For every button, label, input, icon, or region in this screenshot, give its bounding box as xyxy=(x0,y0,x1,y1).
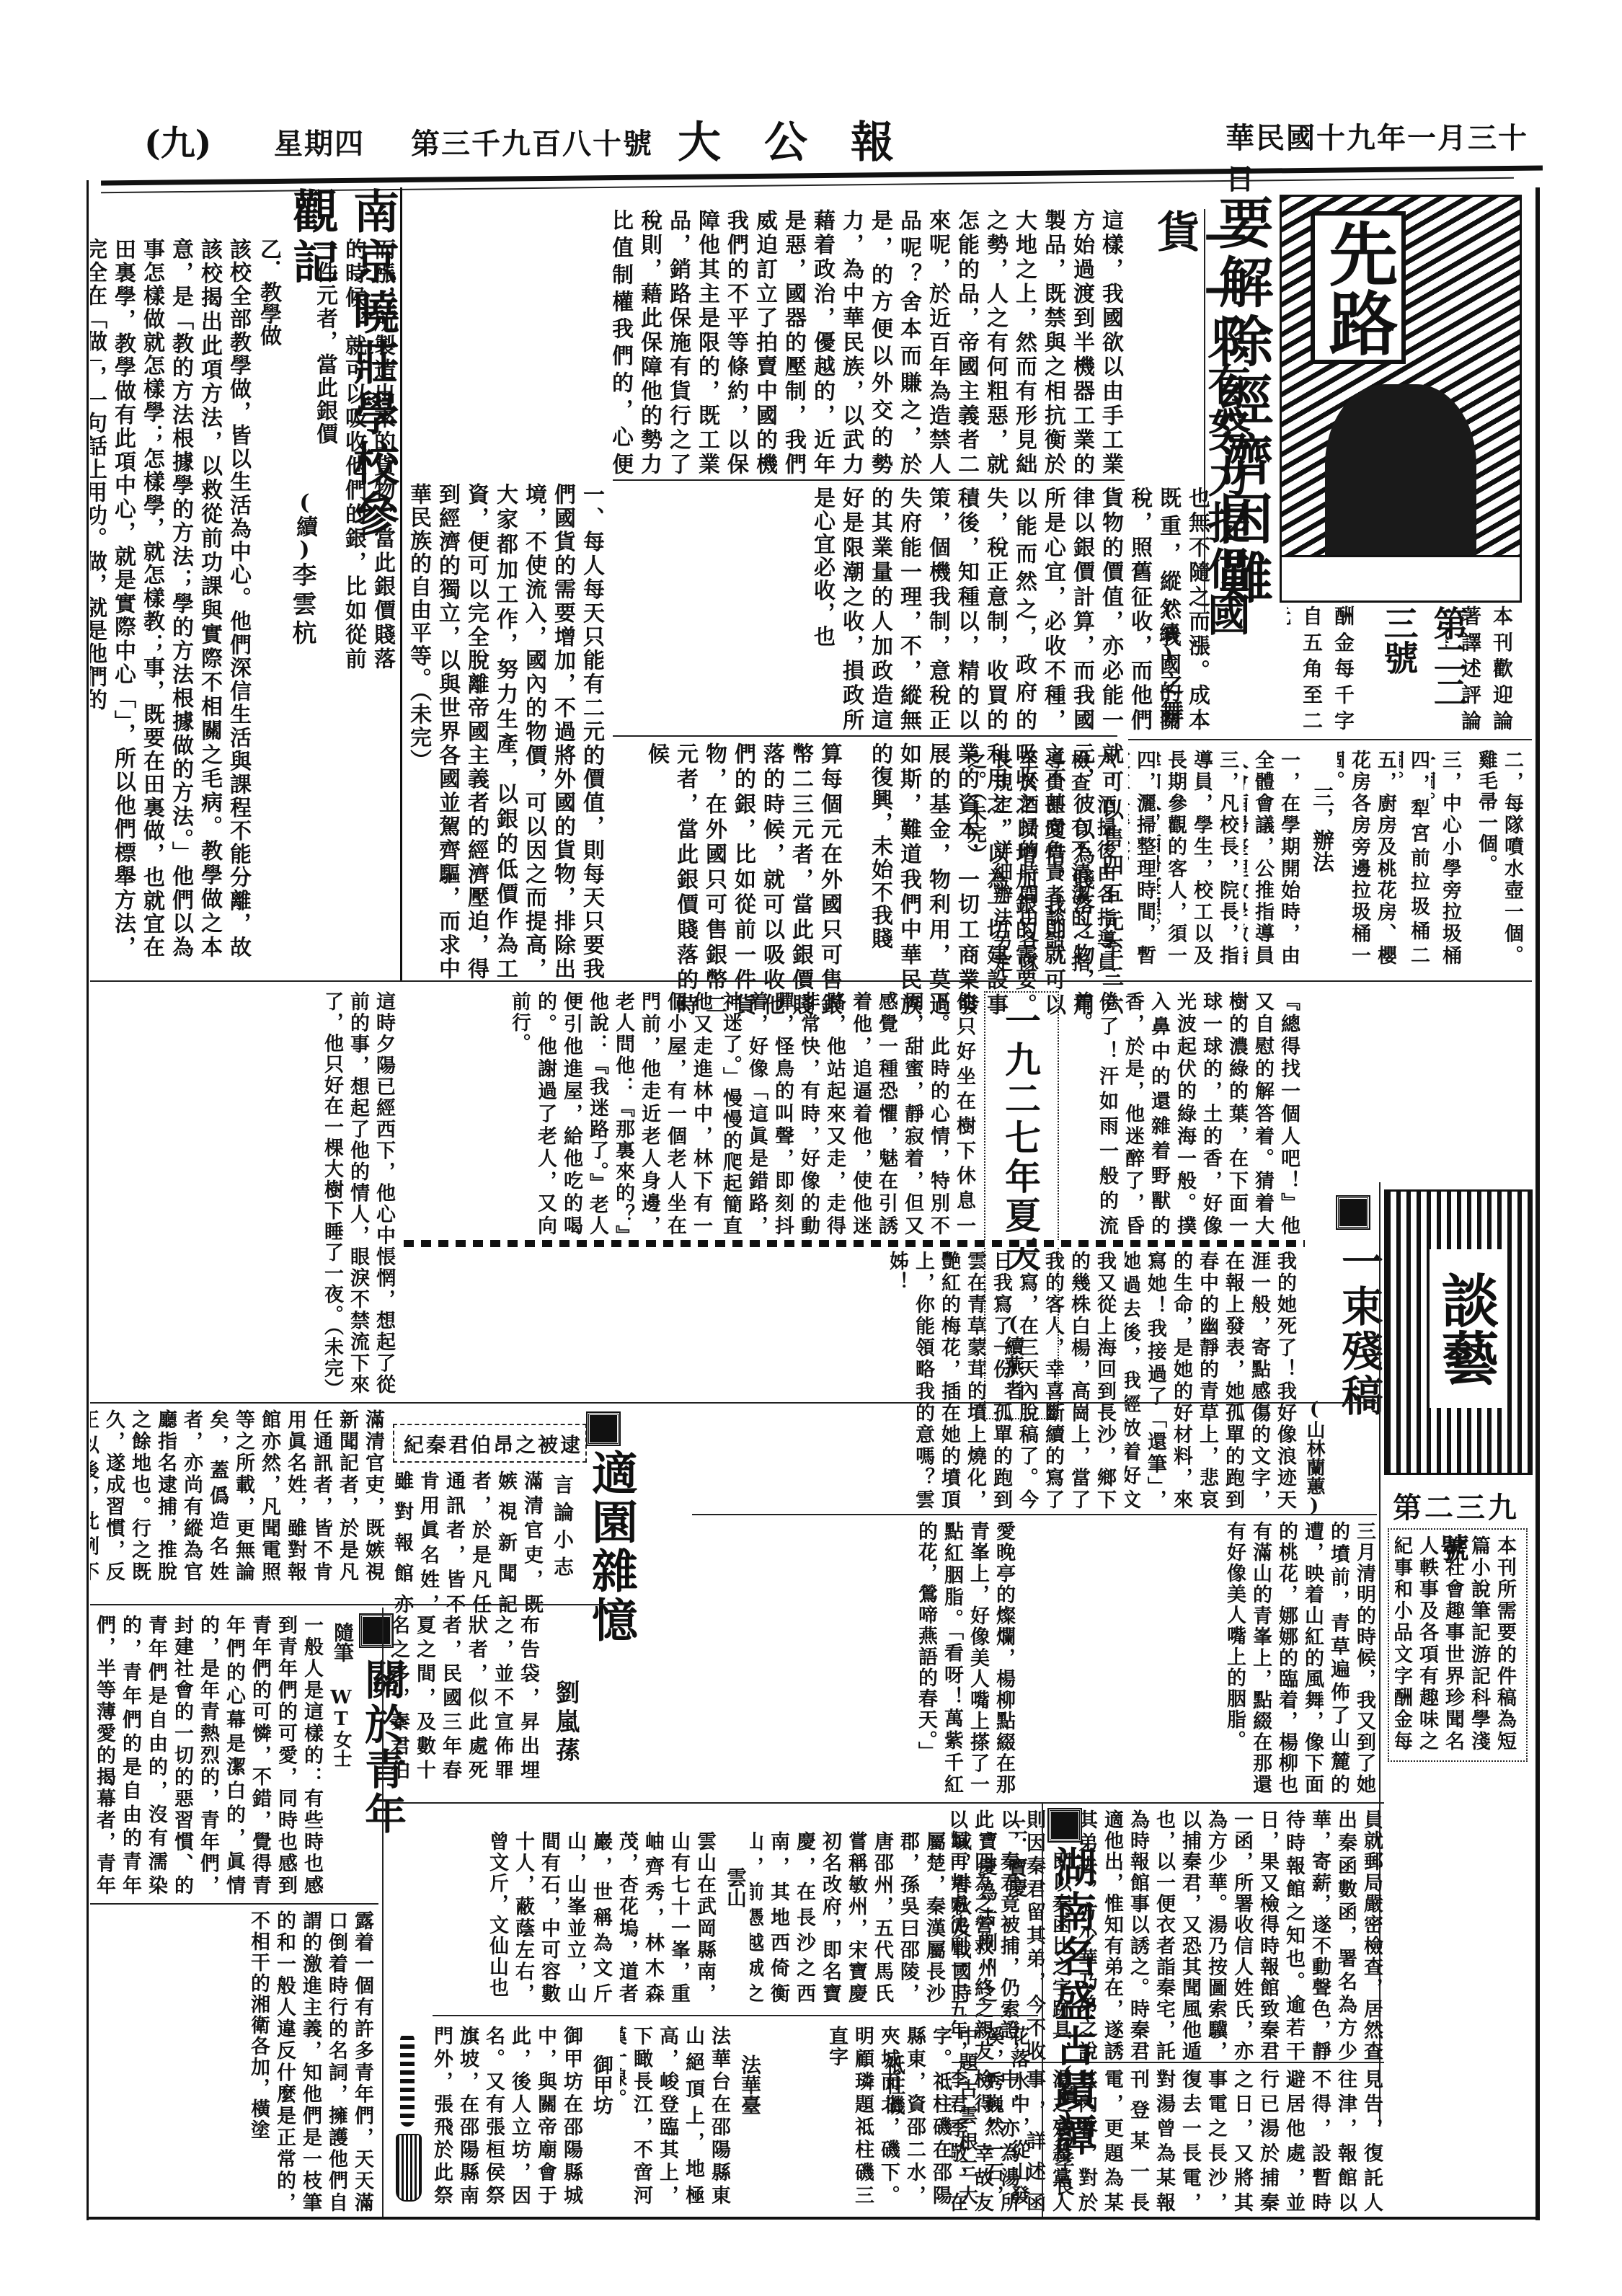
fragments-body-1: 我的她死了！我好像浪迹天涯一般，寄點感傷的文字，在報上發表，她孤單的跑到春中的幽… xyxy=(1125,1251,1298,1510)
equipment-item: 三，中心小學旁拉圾桶一個。 xyxy=(1431,750,1463,966)
fragments-body-2: 我又從上海回到長沙，鄉下的幾株白楊，高崗上，當了我的客人，幸喜斷續的寫了又寫，在… xyxy=(721,1251,1117,1510)
equipment-item: 四，犁宮前拉圾桶二個。 xyxy=(1399,750,1431,966)
qin-section: 言論小志 xyxy=(548,1474,577,1584)
hunan-entry-text: 寶慶為古荆州之域，春秋及戰國時屬楚，秦漢屬長沙郡，孫吳曰邵陵，唐邵州，五代馬氏嘗… xyxy=(750,1831,998,2004)
xiaozhuang-body-1: 該校全部教學做，皆以生活為中心。他們深信生活與課程不能分離，故該校揭出此項方法，… xyxy=(90,238,252,959)
xiaozhuang-section: 乙．教學做 xyxy=(252,238,284,346)
equipment-item: 二，每隊噴水壺一個。雞毛帚一個。 xyxy=(1467,750,1525,966)
economy-body-4: 算每個元在外國只可售銀幣二三元者，當此銀價賤落的時候，就可以吸收他們的銀，比如從… xyxy=(613,743,843,1016)
section-mark-icon xyxy=(360,1615,392,1646)
fragments-author-note: (山林蘭蕙) xyxy=(1301,1399,1328,1517)
qin-body-1b: 滿清官吏，既嫉視新聞記者，於是凡任通訊者，皆不肯用眞名姓，雖對報館亦然，凡聞電照… xyxy=(393,1471,544,1615)
xiaozhuang-ending: 六，酒掃後由各指導員檢查，有不清潔的，指導員即向負責者談話，至於酒掃的時間由各隊… xyxy=(894,750,1117,973)
hunan-cont-mark: (續) xyxy=(1052,2062,1081,2129)
road-ahead-title: 先路 xyxy=(1311,211,1406,364)
cleaning-rules: 二，每隊噴水壺一個。雞毛帚一個。 三，中心小學旁拉圾桶一個。 四，犁宮前拉圾桶二… xyxy=(1128,750,1532,973)
summer-body-3: 他又走進林中，林下有一個小屋，有一個老人坐在門前，他走近老人身邊，老人問他：『那… xyxy=(404,991,714,1236)
hunan-entries: 二．寶慶 寶慶為古荆州之域，春秋及戰國時屬楚，秦漢屬長沙郡，孫吳曰邵陵，唐邵州，… xyxy=(433,1809,1038,2213)
hunan-entry-heading: 二．寶慶 xyxy=(1002,1817,1031,1897)
hunan-entry-text: 雲山在武岡縣南，山有七十一峯，重岫齊秀，林木森茂，杏花塢，道者巖，世稱為文斤山，… xyxy=(433,1831,717,2004)
rules-heading: 三，辦法 xyxy=(1305,786,1337,872)
section-mark-icon xyxy=(1337,1197,1369,1228)
vase-ornament-icon xyxy=(393,2033,422,2199)
summer-body-2: 他只好坐在樹下休息一下。此時的心情，特別不同，甜蜜，靜寂着，但又感覺一種恐懼，魅… xyxy=(721,991,977,1236)
qin-arrest-box-title: 紀秦君伯昂之被逮 xyxy=(404,1430,582,1458)
talk-art-woodcut: 談藝 xyxy=(1384,1189,1533,1475)
xiaozhuang-cont-mark: (續) xyxy=(288,490,320,562)
xiaozhuang-author: 李雲杭 xyxy=(285,562,320,649)
fragments-body-4: 愛晚亭的燦爛，楊柳點綴在那青峯上，好像美人嘴上搽了一點紅胭脂。「看呀！萬紫千紅的… xyxy=(692,1521,1016,1795)
road-ahead-woodcut: 先路 xyxy=(1280,195,1522,603)
page-number: (九) xyxy=(144,115,211,165)
section-mark-icon xyxy=(1049,1809,1081,1841)
hunan-author: 易孝良 xyxy=(1049,2127,1078,2200)
youth-author: WT女士 xyxy=(328,1687,355,1768)
ornament-divider xyxy=(404,1240,1305,1247)
qin-body-1: 滿清官吏，既嫉視新聞記者，於是凡任通訊者，皆不肯用眞名姓，雖對報館亦然，凡聞電照… xyxy=(90,1409,386,1582)
hunan-entry-heading: 雲山 xyxy=(721,1867,750,1907)
qin-author: 劉嵐蓀 xyxy=(548,1680,583,1766)
road-ahead-notice: 本刊歡迎論著譯述評論文藝 第二二三號 酬金每千字自五角至二元 xyxy=(1280,606,1525,735)
masthead: (九) 星期四 第三千九百八十號 大公報 華民國十九年一月三十日 xyxy=(87,108,1543,166)
xiaozhuang-body-2: 而漲，所製造出來的貨物，當此銀價賤落的時候，就可以吸收他們的銀，比如從前一件元者… xyxy=(317,238,396,670)
talk-art-title: 談藝 xyxy=(1430,1249,1502,1408)
hunan-entry-heading: 法華臺 xyxy=(735,2055,764,2115)
youth-body-2: 露着一個有許多青年們，天天滿口倒着時行的名詞，擁護他們自謂的激進主義，知他們是一… xyxy=(94,1910,375,2213)
hunan-entry-text: 花落水中，從山發溪，秀巍然一石，中題古雲根三大字。祗柱磯在邵陽縣東，資邵二水，夾… xyxy=(793,2026,1031,2206)
summer-body-4: 這時夕陽已經西下，他心中悵惘，想起了從前的事，想起了他的情人，眼淚不禁流下來了，… xyxy=(94,991,396,1395)
fragments-body-3: 三月清明的時候，我又到了她的墳前，青草遍佈了山麓的遭，映着山紅的風舞，像下面的桃… xyxy=(1024,1521,1377,1795)
date: 華民國十九年一月三十日 xyxy=(1226,115,1543,198)
youth-body-1: 一般人是這樣的：有些時也感到青年們的可愛，同時也感到青年們的可憐，不錯，覺得青年… xyxy=(94,1615,324,1896)
issue-number: 第三千九百八十號 xyxy=(411,121,653,162)
equipment-item: 五，廚房及桃花房、櫻花房各房旁邊拉圾桶一個。 xyxy=(1337,750,1398,966)
youth-column: 隨筆 xyxy=(328,1622,357,1662)
qin-column-title: 適園雜憶 xyxy=(585,1449,636,1687)
qin-body-2: 布告袋，昇出埋之，並不宣佈罪狀者，似此處死者，民國三年春夏之間，及數十名之多，秦… xyxy=(389,1615,541,1781)
talk-art-notice: 本刊所需要的件稿為短篇小說筆記游記科學淺說社會趣事世界珍聞名人軼事及各項有趣味之… xyxy=(1395,1535,1517,1752)
section-mark-icon xyxy=(588,1413,619,1445)
hunan-entry-text: 法華台在邵陽縣東山絕頂上，地極高，峻登臨其上，下瞰長江，不啻河漢一線。 xyxy=(620,2026,732,2206)
paper-title: 大公報 xyxy=(678,108,937,170)
economy-body-5: 一、每人每天只能有二元的價值，則每天只要我們國貨的需要增加，不過將外國的貨物，排… xyxy=(375,483,606,980)
fragments-title: 一束殘稿 xyxy=(1334,1240,1384,1499)
hunan-entry-heading: 御甲坊 xyxy=(588,2055,616,2115)
hunan-entry-text: 御甲坊在邵陽縣城中，與關帝廟會于此，後人立坊，因名。又有張桓侯祭旗坡，在邵陽縣南… xyxy=(433,2026,584,2206)
weekday: 星期四 xyxy=(274,121,365,162)
road-ahead-issue: 第二二三號 xyxy=(1373,606,1473,732)
economy-body-1: 這樣，我國欲以由手工業方始過渡到半機器工業的製品，既禁與之相抗衡於大地之上，然而… xyxy=(613,209,1125,476)
summer-body-1: 『總得找一個人吧！』他又自慰的解答着。猜着大樹的濃綠的葉，在下面一球一球的，土的… xyxy=(1063,991,1301,1236)
economy-body-2: 也無不隨之而漲。成本既重，縱然我國的關稅，照舊征收，而他們貨物的價值，亦必能一律… xyxy=(613,487,1211,732)
